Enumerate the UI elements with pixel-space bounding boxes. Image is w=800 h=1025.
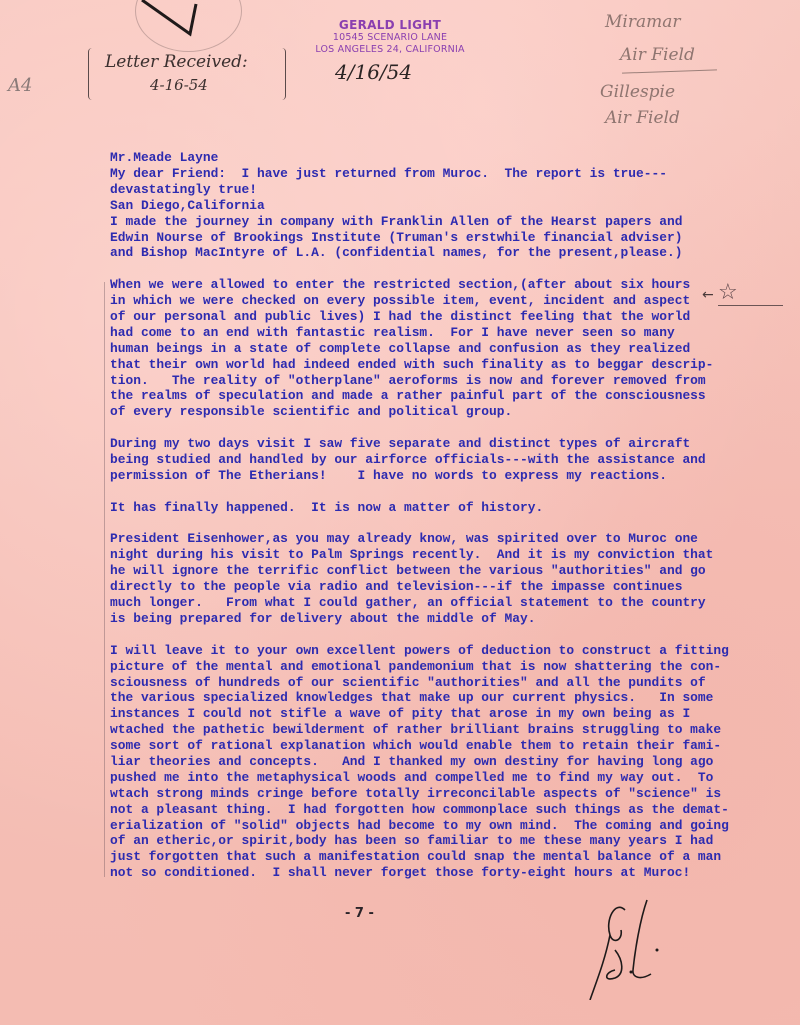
- text-line: he will ignore the terrific conflict bet…: [110, 563, 729, 579]
- text-line: of our personal and public lives) I had …: [110, 309, 729, 325]
- text-line: When we were allowed to enter the restri…: [110, 277, 729, 293]
- text-line: It has finally happened. It is now a mat…: [110, 500, 729, 516]
- text-line: the realms of speculation and made a rat…: [110, 388, 729, 404]
- text-line: devastatingly true!: [110, 182, 729, 198]
- handwritten-date: 4/16/54: [335, 60, 412, 84]
- text-line: human beings in a state of complete coll…: [110, 341, 729, 357]
- paragraphs: My dear Friend: I have just returned fro…: [110, 166, 729, 897]
- pencil-margin-line: [104, 282, 105, 877]
- pencil-underline: [718, 305, 783, 306]
- text-line: permission of The Etherians! I have no w…: [110, 468, 729, 484]
- text-line: that their own world had indeed ended wi…: [110, 357, 729, 373]
- text-line: liar theories and concepts. And I thanke…: [110, 754, 729, 770]
- handwritten-margin-note: A4: [8, 75, 32, 96]
- handwritten-note-4: Air Field: [605, 108, 680, 128]
- text-line: not so conditioned. I shall never forget…: [110, 865, 729, 881]
- handwritten-received-label: Letter Received:: [105, 52, 248, 72]
- text-line: not a pleasant thing. I had forgotten ho…: [110, 802, 729, 818]
- paragraph: President Eisenhower,as you may already …: [110, 531, 729, 626]
- text-line: and Bishop MacIntyre of L.A. (confidenti…: [110, 245, 729, 261]
- text-line: some sort of rational explanation which …: [110, 738, 729, 754]
- paragraph: My dear Friend: I have just returned fro…: [110, 166, 729, 198]
- text-line: directly to the people via radio and tel…: [110, 579, 729, 595]
- text-line: President Eisenhower,as you may already …: [110, 531, 729, 547]
- text-line: erialization of "solid" objects had beco…: [110, 818, 729, 834]
- text-line: wtach strong minds cringe before totally…: [110, 786, 729, 802]
- text-line: tion. The reality of "otherplane" aerofo…: [110, 373, 729, 389]
- page-number: - 7 -: [345, 906, 374, 921]
- text-line: During my two days visit I saw five sepa…: [110, 436, 729, 452]
- text-line: had come to an end with fantastic realis…: [110, 325, 729, 341]
- text-line: just forgotten that such a manifestation…: [110, 849, 729, 865]
- handwritten-note-2: Air Field: [620, 45, 695, 65]
- text-line: sciousness of hundreds of our scientific…: [110, 675, 729, 691]
- paragraph: When we were allowed to enter the restri…: [110, 277, 729, 420]
- handwritten-note-3: Gillespie: [600, 82, 675, 102]
- text-line: pushed me into the metaphysical woods an…: [110, 770, 729, 786]
- text-line: in which we were checked on every possib…: [110, 293, 729, 309]
- paragraph: I will leave it to your own excellent po…: [110, 643, 729, 881]
- text-line: Edwin Nourse of Brookings Institute (Tru…: [110, 230, 729, 246]
- paragraph: It has finally happened. It is now a mat…: [110, 500, 729, 516]
- handwritten-received-date: 4-16-54: [150, 76, 208, 94]
- text-line: picture of the mental and emotional pand…: [110, 659, 729, 675]
- text-line: being studied and handled by our airforc…: [110, 452, 729, 468]
- text-line: instances I could not stifle a wave of p…: [110, 706, 729, 722]
- letter-body: Mr.Meade Layne San Diego,California My d…: [110, 0, 790, 48]
- text-line: of an etheric,or spirit,body has been so…: [110, 833, 729, 849]
- text-line: My dear Friend: I have just returned fro…: [110, 166, 729, 182]
- text-line: is being prepared for delivery about the…: [110, 611, 729, 627]
- text-line: night during his visit to Palm Springs r…: [110, 547, 729, 563]
- star-icon: ☆: [718, 280, 738, 305]
- text-line: much longer. From what I could gather, a…: [110, 595, 729, 611]
- text-line: of every responsible scientific and poli…: [110, 404, 729, 420]
- text-line: wtached the pathetic bewilderment of rat…: [110, 722, 729, 738]
- text-line: I made the journey in company with Frank…: [110, 214, 729, 230]
- arrow-left-icon: ←: [702, 287, 714, 303]
- paragraph: During my two days visit I saw five sepa…: [110, 436, 729, 484]
- paragraph: I made the journey in company with Frank…: [110, 214, 729, 262]
- signature-initials: [585, 890, 675, 1000]
- text-line: the various specialized knowledges that …: [110, 690, 729, 706]
- text-line: I will leave it to your own excellent po…: [110, 643, 729, 659]
- recipient-name: Mr.Meade Layne: [110, 150, 265, 166]
